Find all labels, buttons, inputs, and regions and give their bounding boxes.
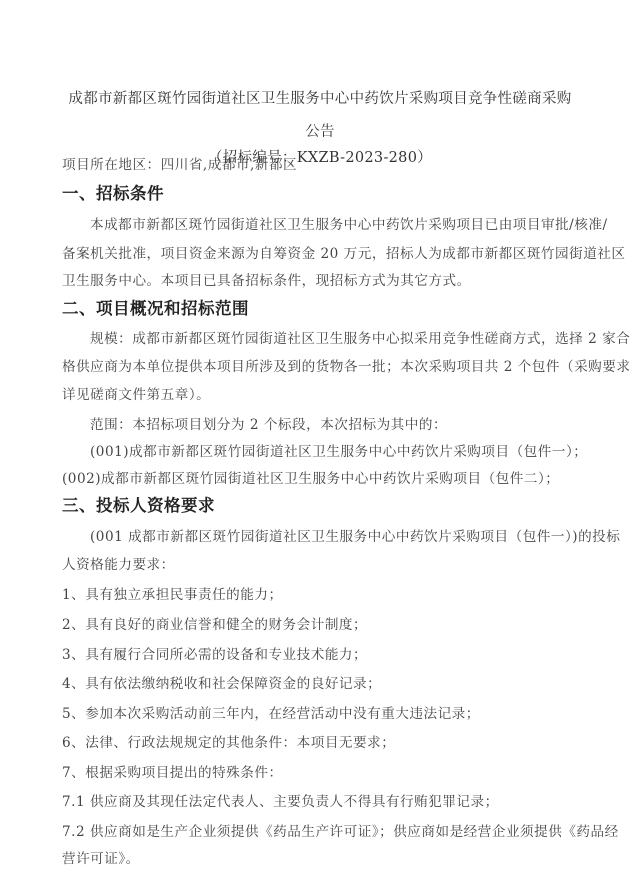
section-3-intro-line: 人资格能力要求： xyxy=(62,553,175,573)
section-2-scale-line: 格供应商为本单位提供本项目所涉及到的货物各一批；本次采购项目共 2 个包件（采购… xyxy=(62,355,630,375)
section-2-scope-line: 范围：本招标项目划分为 2 个标段，本次招标为其中的： xyxy=(90,413,447,433)
requirement-item: 3、具有履行合同所必需的设备和专业技术能力； xyxy=(62,643,367,663)
section-3-heading: 三、投标人资格要求 xyxy=(62,492,215,516)
project-location: 项目所在地区：四川省,成都市,新都区 xyxy=(62,153,297,173)
requirement-item: 2、具有良好的商业信誉和健全的财务会计制度； xyxy=(62,613,367,633)
section-2-scale-line: 详见磋商文件第五章）。 xyxy=(62,383,210,403)
document-page: 成都市新都区斑竹园街道社区卫生服务中心中药饮片采购项目竞争性磋商采购 公告 （招… xyxy=(0,0,640,875)
requirement-item: 6、法律、行政法规规定的其他条件：本项目无要求； xyxy=(62,731,395,751)
requirement-subitem: 7.1 供应商及其现任法定代表人、主要负责人不得具有行贿犯罪记录； xyxy=(62,790,499,810)
section-1-paragraph-line: 备案机关批准，项目资金来源为自筹资金 20 万元，招标人为成都市新都区斑竹园街道… xyxy=(62,242,626,262)
requirement-item: 7、根据采购项目提出的特殊条件： xyxy=(62,761,283,781)
requirement-item: 5、参加本次采购活动前三年内，在经营活动中没有重大违法记录； xyxy=(62,702,480,722)
requirement-subitem: 7.2 供应商如是生产企业须提供《药品生产许可证》；供应商如是经营企业须提供《药… xyxy=(62,820,619,840)
requirement-subitem: 营许可证》。 xyxy=(62,847,140,867)
section-1-paragraph-line: 本成都市新都区斑竹园街道社区卫生服务中心中药饮片采购项目已由项目审批/核准/ xyxy=(90,213,608,233)
document-title-line2: 公告 xyxy=(0,120,640,141)
lot-001-item: (001)成都市新都区斑竹园街道社区卫生服务中心中药饮片采购项目（包件一）； xyxy=(90,440,587,460)
section-3-intro-line: (001 成都市新都区斑竹园街道社区卫生服务中心中药饮片采购项目（包件一）)的投… xyxy=(90,525,620,545)
section-1-paragraph-line: 卫生服务中心。本项目已具备招标条件，现招标方式为其它方式。 xyxy=(62,269,471,289)
section-1-heading: 一、招标条件 xyxy=(62,180,164,204)
section-2-scale-line: 规模：成都市新都区斑竹园街道社区卫生服务中心拟采用竞争性磋商方式，选择 2 家合 xyxy=(90,327,630,347)
requirement-item: 4、具有依法缴纳税收和社会保障资金的良好记录； xyxy=(62,672,381,692)
requirement-item: 1、具有独立承担民事责任的能力； xyxy=(62,583,283,603)
section-2-heading: 二、项目概况和招标范围 xyxy=(62,295,249,319)
lot-002-item: (002)成都市新都区斑竹园街道社区卫生服务中心中药饮片采购项目（包件二）； xyxy=(62,467,559,487)
document-title-line1: 成都市新都区斑竹园街道社区卫生服务中心中药饮片采购项目竞争性磋商采购 xyxy=(0,87,640,108)
